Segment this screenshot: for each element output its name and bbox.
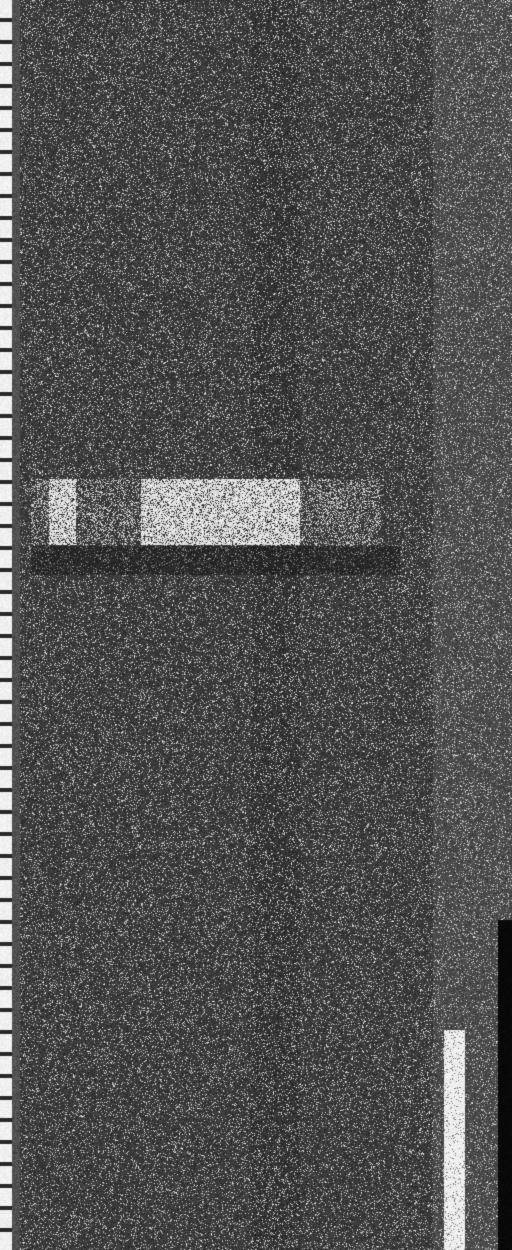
speckle-image: [0, 0, 512, 1250]
